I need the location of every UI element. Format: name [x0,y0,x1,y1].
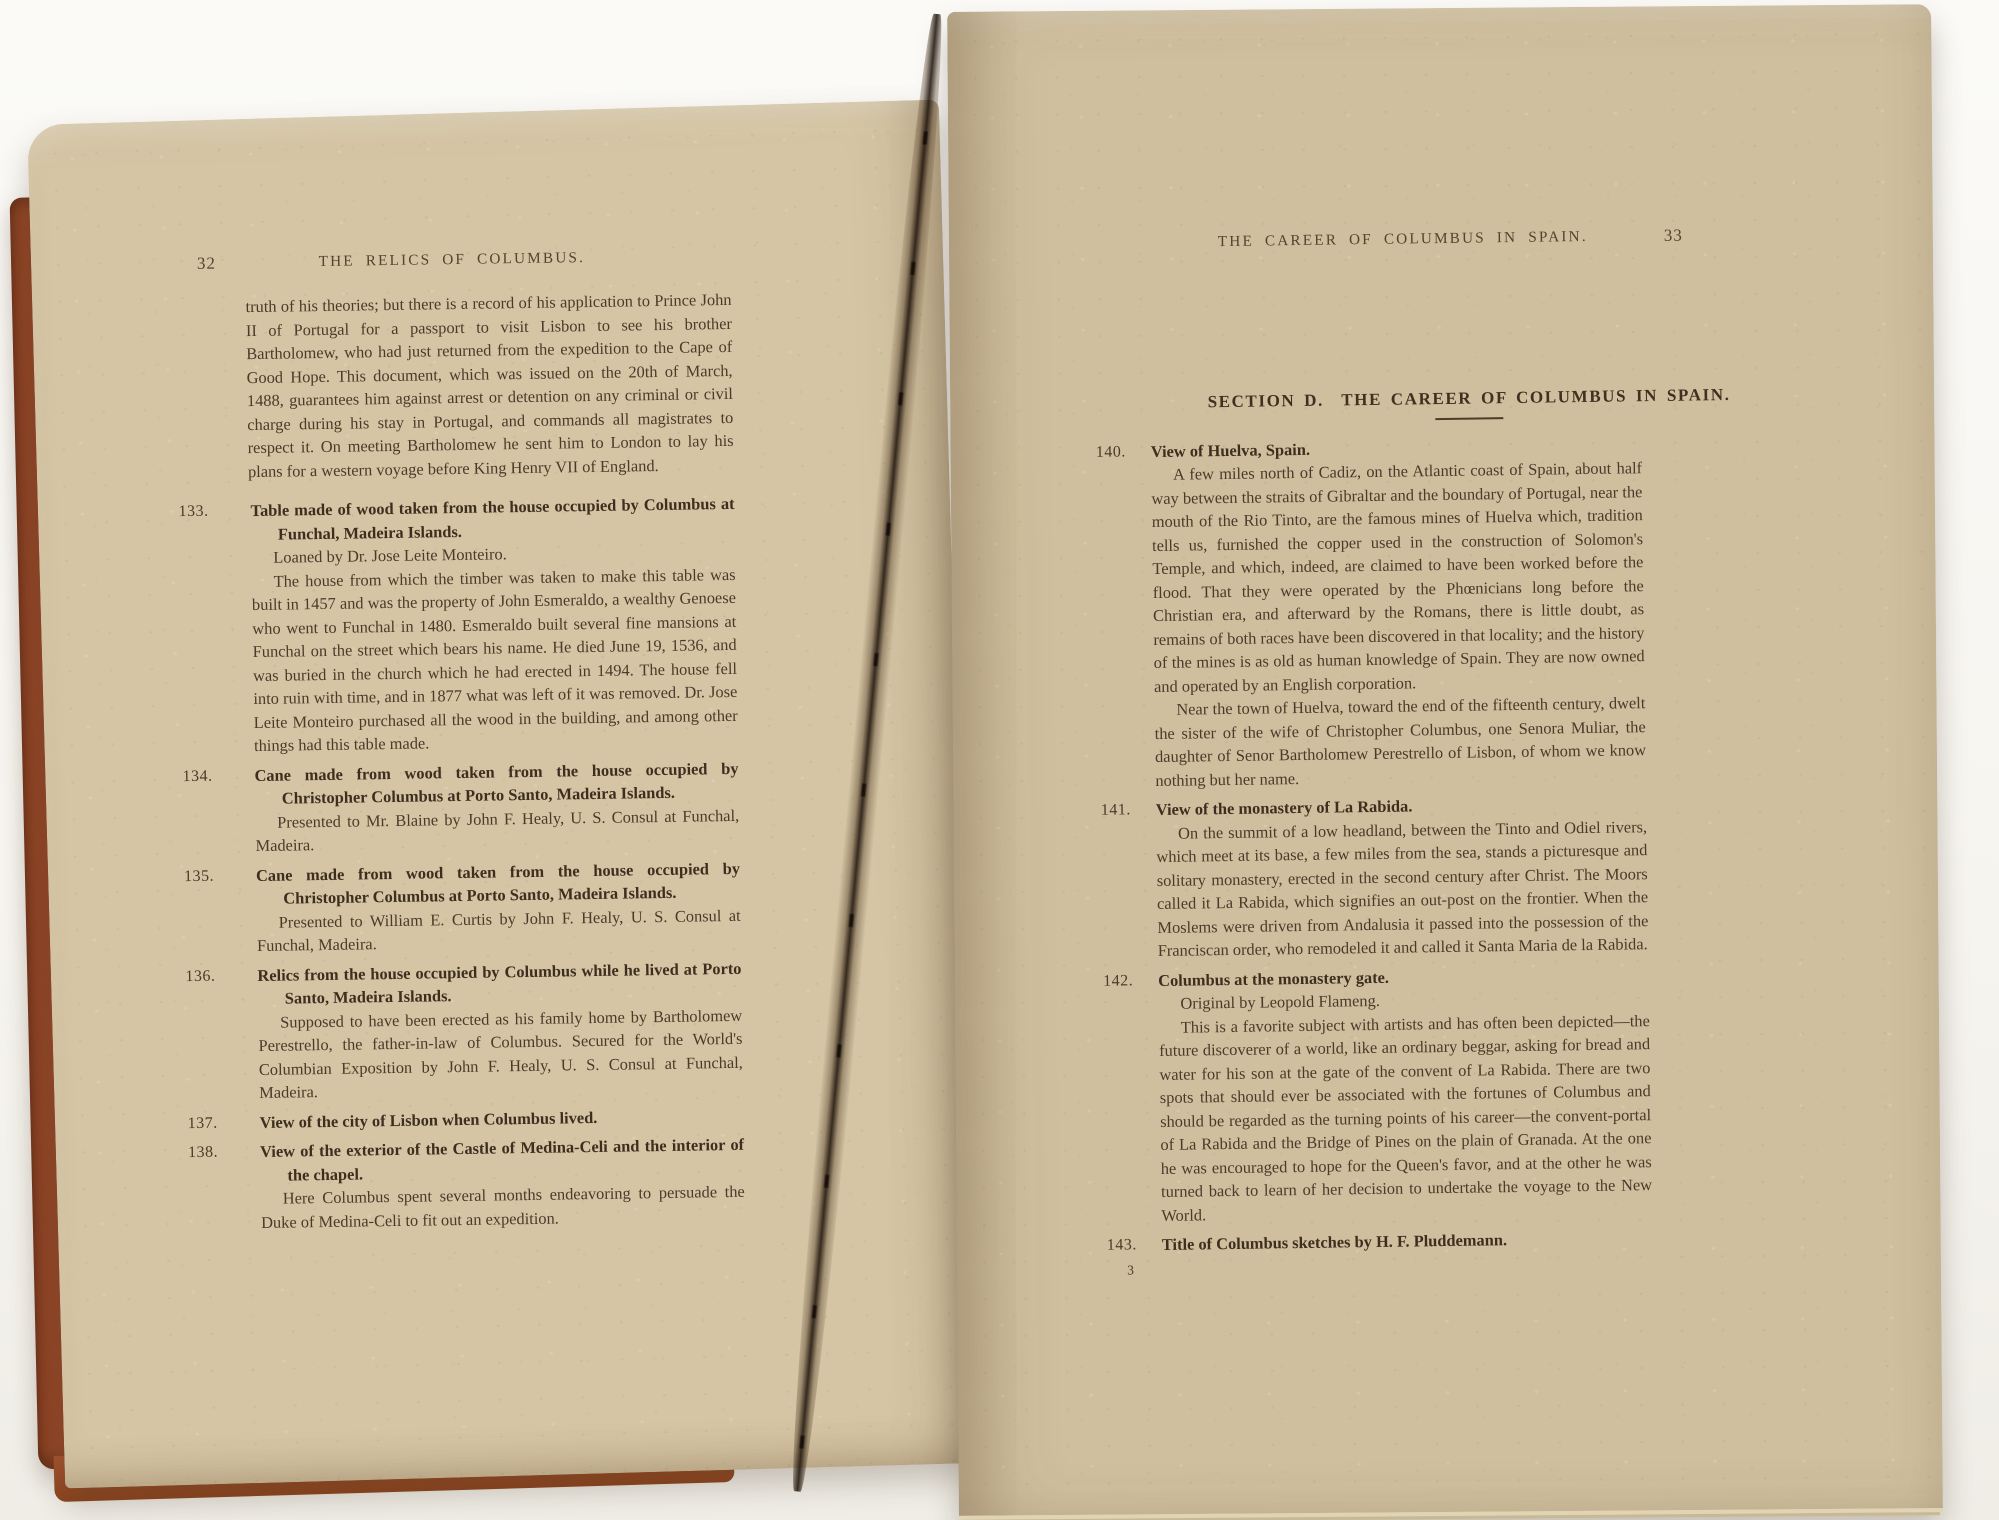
item-number: 136. [183,964,259,1106]
catalog-item-135: 135. Cane made from wood taken from the … [182,856,741,958]
item-body: Supposed to have been erected as his fam… [258,1003,743,1104]
catalog-item-143: 143. 3 Title of Columbus sketches by H. … [1105,1226,1654,1282]
item-number: 141. [1099,798,1158,963]
item-title: Cane made from wood taken from the house… [254,756,739,810]
item-title: Relics from the house occupied by Columb… [257,956,742,1010]
item-number: 137. [185,1111,259,1136]
item-body: A few miles north of Cadiz, on the Atlan… [1151,456,1645,698]
catalog-item-140: 140. View of Huelva, Spain. A few miles … [1094,433,1647,793]
item-number: 133. [176,499,254,759]
item-title: View of the exterior of the Castle of Me… [260,1133,745,1187]
open-book-photo: 32 THE RELICS OF COLUMBUS. truth of his … [0,0,1999,1520]
item-body-2: Near the town of Huelva, toward the end … [1154,691,1646,792]
item-credit: Presented to William E. Curtis by John F… [257,903,742,957]
item-number: 142. [1101,969,1162,1228]
signature-mark: 3 [1127,1257,1162,1281]
item-credit: Presented to Mr. Blaine by John F. Healy… [255,803,740,857]
catalog-item-133: 133. Table made of wood taken from the h… [176,492,738,759]
intro-paragraph: truth of his theories; but there is a re… [245,288,734,483]
item-title: Title of Columbus sketches by H. F. Plud… [1162,1226,1653,1256]
catalog-item-137: 137. View of the city of Lisbon when Col… [185,1103,743,1135]
item-body: This is a favorite subject with artists … [1159,1009,1653,1227]
catalog-item-136: 136. Relics from the house occupied by C… [183,956,743,1105]
item-number: 143. 3 [1105,1233,1163,1282]
item-number: 135. [182,864,257,959]
section-heading-text: SECTION D. THE CAREER OF COLUMBUS IN SPA… [1207,385,1730,411]
item-title: Table made of wood taken from the house … [250,492,735,546]
catalog-item-142: 142. Columbus at the monastery gate. Ori… [1101,962,1653,1228]
item-body: On the summit of a low headland, between… [1156,815,1649,963]
left-page-number: 32 [197,252,216,276]
item-number: 134. [180,764,255,859]
catalog-item-134: 134. Cane made from wood taken from the … [180,756,739,858]
item-title: Cane made from wood taken from the house… [256,856,741,910]
item-body: Here Columbus spent several months endea… [261,1180,746,1234]
section-heading-rule [1435,417,1503,420]
item-number: 140. [1094,440,1156,793]
left-running-head: THE RELICS OF COLUMBUS. [319,249,586,270]
item-title: View of the city of Lisbon when Columbus… [259,1103,743,1134]
catalog-item-138: 138. View of the exterior of the Castle … [186,1133,745,1235]
catalog-item-141: 141. View of the monastery of La Rabida.… [1099,791,1649,963]
right-running-head: THE CAREER OF COLUMBUS IN SPAIN. [1142,225,1588,255]
left-catalog-items: 133. Table made of wood taken from the h… [176,492,745,1235]
item-number-text: 143. [1107,1233,1162,1257]
right-page-number: 33 [1664,224,1683,248]
item-number: 138. [186,1140,261,1235]
right-page-content: THE CAREER OF COLUMBUS IN SPAIN. 33 SECT… [1091,224,1654,1282]
item-body: The house from which the timber was take… [251,562,738,757]
right-catalog-items: 140. View of Huelva, Spain. A few miles … [1094,433,1654,1282]
left-page-content: 32 THE RELICS OF COLUMBUS. truth of his … [173,244,746,1235]
